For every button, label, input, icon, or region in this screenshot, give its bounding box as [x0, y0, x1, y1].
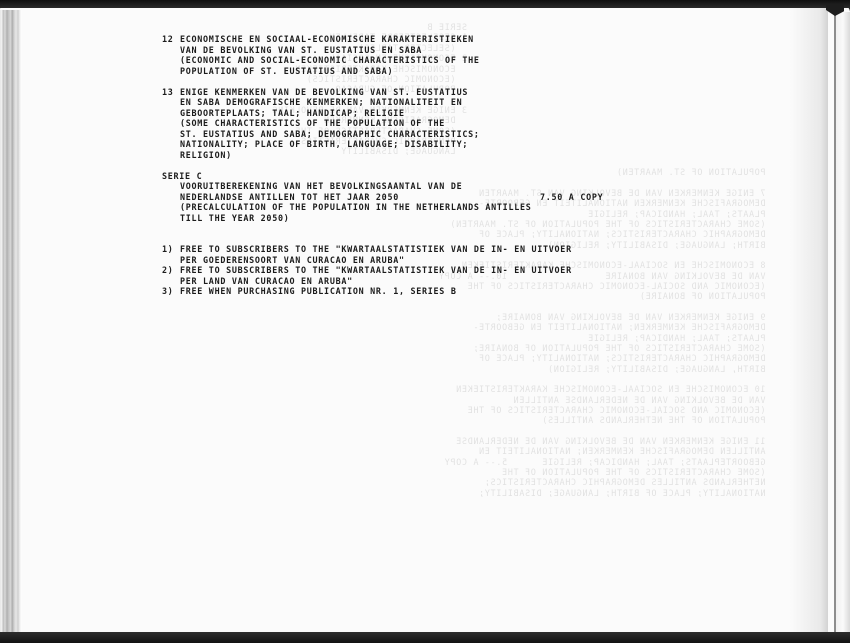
- entry-line: VAN DE BEVOLKING VAN ST. EUSTATIUS EN SA…: [162, 45, 642, 56]
- entry-line: (SOME CHARACTERISTICS OF THE POPULATION …: [162, 118, 642, 129]
- serie-line-with-price: NEDERLANDSE ANTILLEN TOT HET JAAR 20507.…: [162, 192, 642, 203]
- footnote-number: 3): [162, 286, 174, 297]
- publication-entry-13: 13 ENIGE KENMERKEN VAN DE BEVOLKING VAN …: [162, 87, 642, 161]
- footnote-1: 1) FREE TO SUBSCRIBERS TO THE "KWARTAALS…: [162, 244, 642, 265]
- price-label: 7.50 A COPY: [540, 192, 603, 203]
- serie-line: VOORUITBEREKENING VAN HET BEVOLKINGSAANT…: [162, 181, 642, 192]
- footnote-number: 2): [162, 265, 174, 276]
- entry-line: ECONOMISCHE EN SOCIAAL-ECONOMISCHE KARAK…: [162, 34, 642, 45]
- entry-line: ST. EUSTATIUS AND SABA; DEMOGRAPHIC CHAR…: [162, 129, 642, 140]
- footnote-line: FREE TO SUBSCRIBERS TO THE "KWARTAALSTAT…: [162, 244, 642, 255]
- footnote-2: 2) FREE TO SUBSCRIBERS TO THE "KWARTAALS…: [162, 265, 642, 286]
- serie-line-text: NEDERLANDSE ANTILLEN TOT HET JAAR 2050: [180, 192, 399, 202]
- entry-line: (ECONOMIC AND SOCIAL-ECONOMIC CHARACTERI…: [162, 55, 642, 66]
- entry-line: ENIGE KENMERKEN VAN DE BEVOLKING VAN ST.…: [162, 87, 642, 98]
- scan-bottom-border: [0, 632, 850, 643]
- footnote-3: 3) FREE WHEN PURCHASING PUBLICATION NR. …: [162, 286, 642, 297]
- footnotes: 1) FREE TO SUBSCRIBERS TO THE "KWARTAALS…: [162, 244, 642, 297]
- publication-list: 12 ECONOMISCHE EN SOCIAAL-ECONOMISCHE KA…: [162, 34, 642, 297]
- footnote-line: PER LAND VAN CURACAO EN ARUBA": [162, 276, 642, 287]
- entry-line: NATIONALITY; PLACE OF BIRTH, LANGUAGE; D…: [162, 139, 642, 150]
- footnote-line: FREE TO SUBSCRIBERS TO THE "KWARTAALSTAT…: [162, 265, 642, 276]
- entry-line: POPULATION OF ST. EUSTATIUS AND SABA): [162, 66, 642, 77]
- publication-entry-12: 12 ECONOMISCHE EN SOCIAAL-ECONOMISCHE KA…: [162, 34, 642, 76]
- bleed-through-block: 10 ECONOMISCHE EN SOCIAAL-ECONOMISCHE KA…: [150, 384, 800, 426]
- scan-top-border: [0, 0, 850, 8]
- serie-line: TILL THE YEAR 2050): [162, 213, 642, 224]
- entry-number: 13: [162, 87, 174, 98]
- scanned-book-spread: SERIE B 1 GESELECTEERDE TABELLEN (SELECT…: [0, 0, 850, 643]
- stacked-page-edges-left: [0, 10, 22, 632]
- bleed-through-block: 11 ENIGE KENMERKEN VAN DE BEVOLKING VAN …: [150, 436, 800, 498]
- entry-line: GEBOORTEPLAATS; TAAL; HANDICAP; RELIGIE: [162, 108, 642, 119]
- serie-heading: SERIE C: [162, 171, 642, 182]
- footnote-line: FREE WHEN PURCHASING PUBLICATION NR. 1, …: [162, 286, 642, 297]
- footnote-number: 1): [162, 244, 174, 255]
- serie-c-section: SERIE C VOORUITBEREKENING VAN HET BEVOLK…: [162, 171, 642, 224]
- entry-number: 12: [162, 34, 174, 45]
- bleed-through-block: 9 ENIGE KENMERKEN VAN DE BEVOLKING VAN B…: [150, 312, 800, 374]
- footnote-line: PER GOEDERENSOORT VAN CURACAO EN ARUBA": [162, 255, 642, 266]
- entry-line: EN SABA DEMOGRAFISCHE KENMERKEN; NATIONA…: [162, 97, 642, 108]
- serie-line: (PRECALCULATION OF THE POPULATION IN THE…: [162, 202, 642, 213]
- entry-line: RELIGION): [162, 150, 642, 161]
- next-page-edge: [836, 12, 850, 632]
